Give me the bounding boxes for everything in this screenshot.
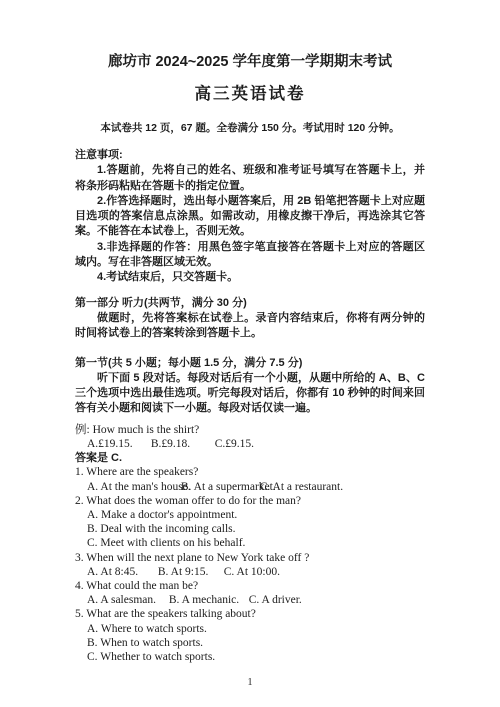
example-answer: 答案是 C.	[75, 451, 425, 465]
notice-item-1: 1.答题前，先将自己的姓名、班级和准考证号填写在答题卡上，并将条形码粘贴在答题卡…	[75, 163, 425, 194]
question-4-options: A. A salesman. B. A mechanic. C. A drive…	[75, 593, 425, 607]
example-option-a: A.£19.15.	[87, 437, 148, 451]
question-5: 5. What are the speakers talking about? …	[75, 607, 425, 664]
question-3: 3. When will the next plane to New York …	[75, 551, 425, 579]
question-4: 4. What could the man be? A. A salesman.…	[75, 579, 425, 607]
question-2-text: 2. What does the woman offer to do for t…	[75, 494, 425, 508]
example-options: A.£19.15. B.£9.18. C.£9.15.	[75, 437, 425, 451]
question-4-text: 4. What could the man be?	[75, 579, 425, 593]
question-1-option-b: B. At a supermarket.	[181, 480, 257, 494]
question-1-option-c: C. At a restaurant.	[260, 480, 343, 494]
notice-heading: 注意事项:	[75, 148, 425, 163]
question-5-option-a: A. Where to watch sports.	[75, 622, 425, 636]
example-question: 例: How much is the shirt?	[75, 423, 425, 437]
question-5-option-b: B. When to watch sports.	[75, 636, 425, 650]
question-1: 1. Where are the speakers? A. At the man…	[75, 465, 425, 493]
section1-heading: 第一节(共 5 小题；每小题 1.5 分，满分 7.5 分)	[75, 356, 425, 371]
question-3-option-b: B. At 9:15.	[158, 565, 221, 579]
question-2-option-a: A. Make a doctor's appointment.	[75, 508, 425, 522]
notice-item-2: 2.作答选择题时，选出每小题答案后，用 2B 铅笔把答题卡上对应题目选项的答案信…	[75, 194, 425, 240]
question-5-text: 5. What are the speakers talking about?	[75, 607, 425, 621]
paper-subtitle: 高三英语试卷	[75, 83, 425, 105]
example-option-b: B.£9.18.	[151, 437, 212, 451]
page-number: 1	[75, 677, 425, 688]
listening-questions: 例: How much is the shirt? A.£19.15. B.£9…	[75, 423, 425, 664]
question-3-option-c: C. At 10:00.	[224, 565, 280, 579]
notice-item-3: 3.非选择题的作答：用黑色签字笔直接答在答题卡上对应的答题区域内。写在非答题区域…	[75, 240, 425, 271]
question-3-text: 3. When will the next plane to New York …	[75, 551, 425, 565]
question-4-option-c: C. A driver.	[249, 593, 302, 607]
section1-instruction: 听下面 5 段对话。每段对话后有一个小题，从题中所给的 A、B、C 三个选项中选…	[75, 371, 425, 417]
question-1-option-a: A. At the man's house.	[87, 480, 178, 494]
part1-instruction: 做题时，先将答案标在试卷上。录音内容结束后，你将有两分钟的时间将试卷上的答案转涂…	[75, 311, 425, 342]
question-3-options: A. At 8:45. B. At 9:15. C. At 10:00.	[75, 565, 425, 579]
question-1-options: A. At the man's house. B. At a supermark…	[75, 480, 425, 494]
question-2-option-c: C. Meet with clients on his behalf.	[75, 536, 425, 550]
exam-title: 廊坊市 2024~2025 学年度第一学期期末考试	[75, 52, 425, 72]
question-1-text: 1. Where are the speakers?	[75, 465, 425, 479]
notice-item-4: 4.考试结束后，只交答题卡。	[75, 270, 425, 285]
question-2-option-b: B. Deal with the incoming calls.	[75, 522, 425, 536]
part1-heading: 第一部分 听力(共两节，满分 30 分)	[75, 296, 425, 311]
question-4-option-a: A. A salesman.	[87, 593, 166, 607]
question-4-option-b: B. A mechanic.	[169, 593, 246, 607]
example-option-c: C.£9.15.	[215, 437, 254, 451]
page-content: 廊坊市 2024~2025 学年度第一学期期末考试 高三英语试卷 本试卷共 12…	[0, 0, 500, 688]
exam-info-line: 本试卷共 12 页，67 题。全卷满分 150 分。考试用时 120 分钟。	[75, 121, 425, 135]
question-2: 2. What does the woman offer to do for t…	[75, 494, 425, 551]
exam-paper-page: 廊坊市 2024~2025 学年度第一学期期末考试 高三英语试卷 本试卷共 12…	[0, 0, 500, 707]
question-5-option-c: C. Whether to watch sports.	[75, 650, 425, 664]
question-3-option-a: A. At 8:45.	[87, 565, 155, 579]
